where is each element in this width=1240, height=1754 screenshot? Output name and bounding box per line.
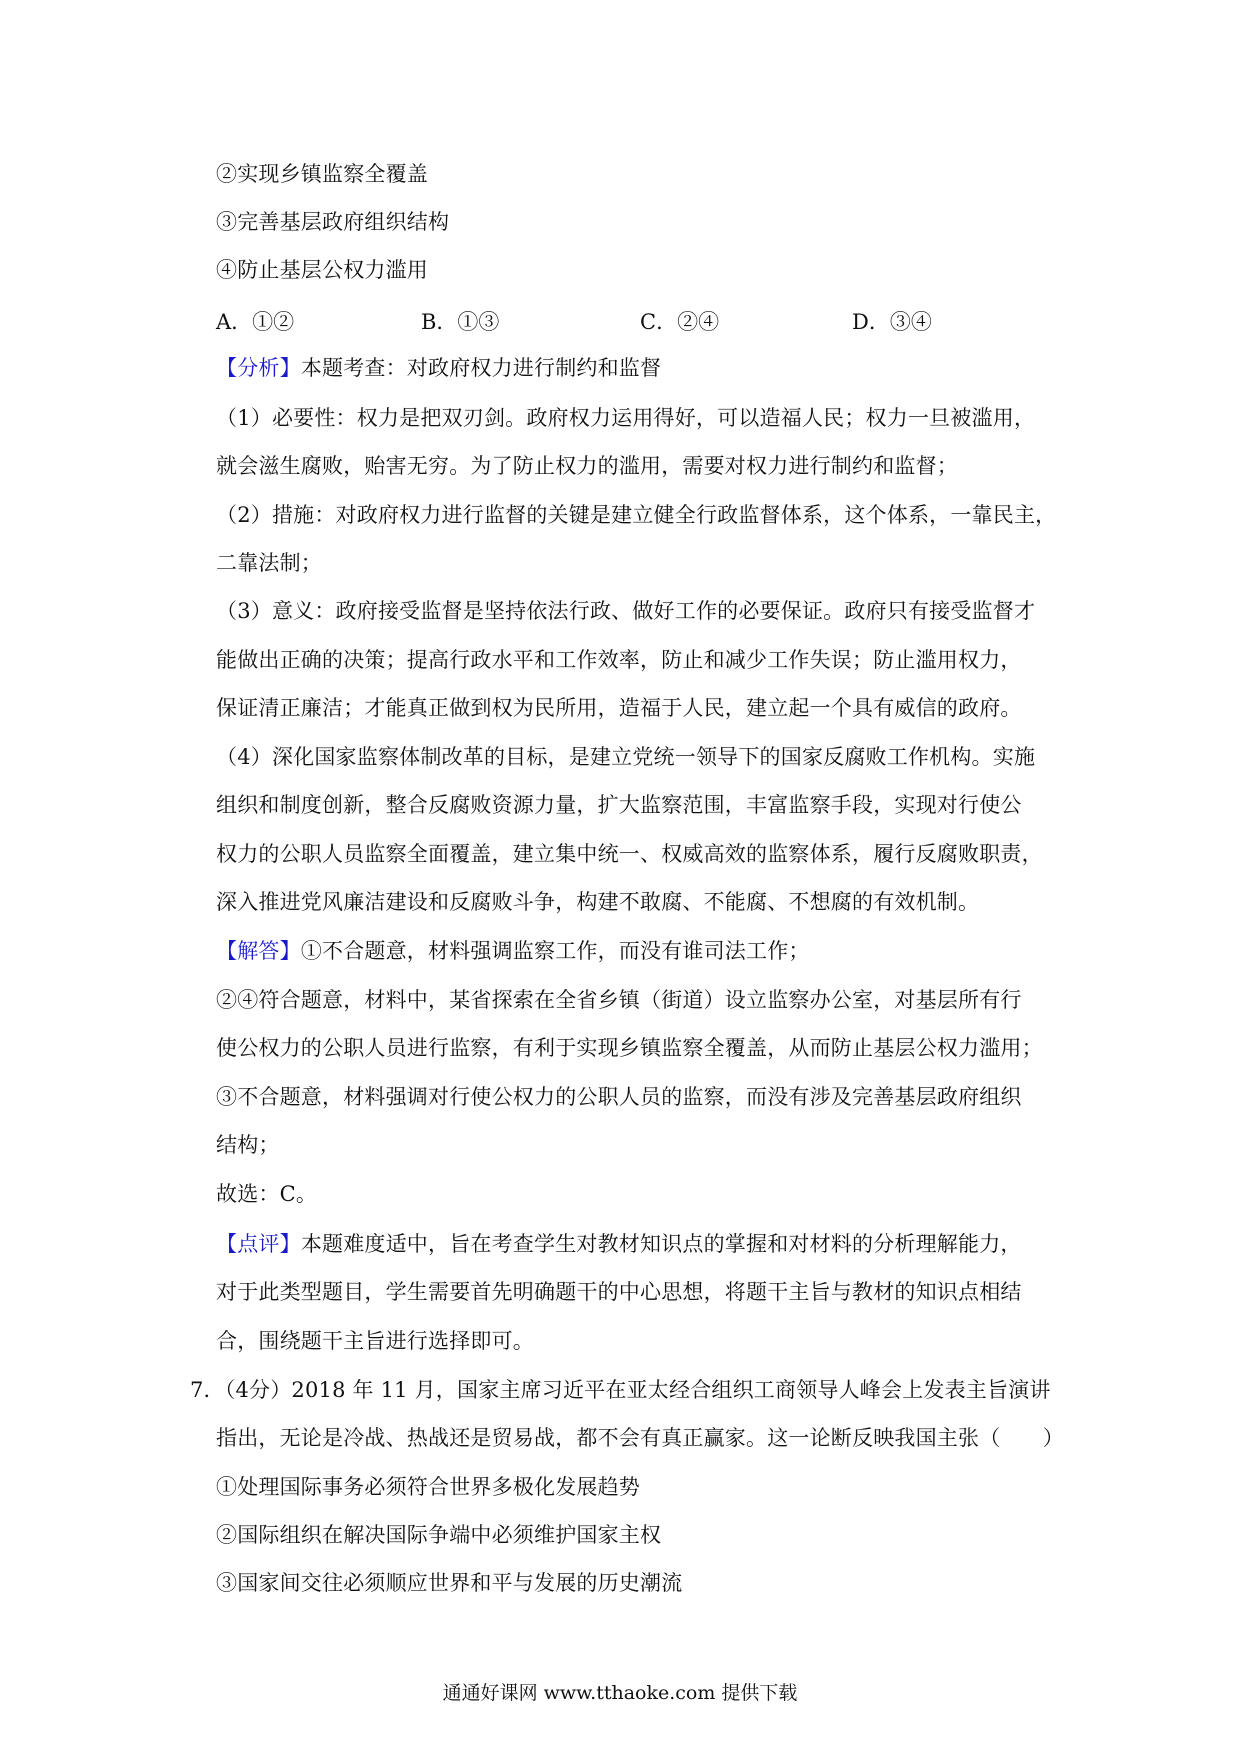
answer-line: 故选：C。 [216, 1180, 1066, 1208]
answer-heading: 【解答】①不合题意，材料强调监察工作，而没有谁司法工作； [216, 937, 1066, 965]
analysis-line: 保证清正廉洁；才能真正做到权为民所用，造福于人民，建立起一个具有威信的政府。 [216, 694, 1066, 722]
option-b: B．①③ [421, 306, 499, 336]
option-d: D．③④ [852, 306, 932, 336]
comment-heading: 【点评】本题难度适中，旨在考查学生对教材知识点的掌握和对材料的分析理解能力， [216, 1230, 1066, 1258]
q7-item-3: ③国家间交往必须顺应世界和平与发展的历史潮流 [216, 1569, 1066, 1597]
analysis-line: （3）意义：政府接受监督是坚持依法行政、做好工作的必要保证。政府只有接受监督才 [216, 597, 1066, 625]
analysis-line: （4）深化国家监察体制改革的目标，是建立党统一领导下的国家反腐败工作机构。实施 [216, 743, 1066, 771]
option-c: C．②④ [640, 306, 719, 336]
answer-first: ①不合题意，材料强调监察工作，而没有谁司法工作； [301, 939, 810, 963]
analysis-line: 深入推进党风廉洁建设和反腐败斗争，构建不敢腐、不能腐、不想腐的有效机制。 [216, 888, 1066, 916]
option-a: A．①② [216, 306, 294, 336]
answer-line: ③不合题意，材料强调对行使公权力的公职人员的监察，而没有涉及完善基层政府组织 [216, 1083, 1066, 1111]
comment-tag: 【点评】 [216, 1232, 301, 1256]
comment-line: 对于此类型题目，学生需要首先明确题干的中心思想，将题干主旨与教材的知识点相结 [216, 1278, 1066, 1306]
analysis-line: （2）措施：对政府权力进行监督的关键是建立健全行政监督体系，这个体系，一靠民主， [216, 501, 1066, 529]
answer-line: 结构； [216, 1131, 1066, 1159]
analysis-line: 就会滋生腐败，贻害无穷。为了防止权力的滥用，需要对权力进行制约和监督； [216, 452, 1066, 480]
answer-line: 使公权力的公职人员进行监察，有利于实现乡镇监察全覆盖，从而防止基层公权力滥用； [216, 1034, 1066, 1062]
page-footer: 通通好课网 www.tthaoke.com 提供下载 [0, 1678, 1240, 1705]
q7-stem-line1: 7．（4分）2018 年 11 月，国家主席习近平在亚太经合组织工商领导人峰会上… [190, 1376, 1040, 1404]
analysis-heading: 【分析】本题考查：对政府权力进行制约和监督 [216, 354, 1066, 382]
q6-options: A．①② B．①③ C．②④ D．③④ [216, 306, 1066, 336]
document-page: ②实现乡镇监察全覆盖 ③完善基层政府组织结构 ④防止基层公权力滥用 A．①② B… [0, 0, 1240, 1754]
analysis-line: 能做出正确的决策；提高行政水平和工作效率，防止和减少工作失误；防止滥用权力， [216, 646, 1066, 674]
analysis-tag: 【分析】 [216, 356, 301, 380]
q7-item-2: ②国际组织在解决国际争端中必须维护国家主权 [216, 1521, 1066, 1549]
q6-item-3: ③完善基层政府组织结构 [216, 208, 1066, 236]
analysis-line: 组织和制度创新，整合反腐败资源力量，扩大监察范围，丰富监察手段，实现对行使公 [216, 791, 1066, 819]
answer-line: ②④符合题意，材料中，某省探索在全省乡镇（街道）设立监察办公室，对基层所有行 [216, 986, 1066, 1014]
q6-item-4: ④防止基层公权力滥用 [216, 256, 1066, 284]
analysis-line: （1）必要性：权力是把双刃剑。政府权力运用得好，可以造福人民；权力一旦被滥用， [216, 404, 1066, 432]
q7-stem-line2: 指出，无论是冷战、热战还是贸易战，都不会有真正赢家。这一论断反映我国主张（ ） [216, 1424, 1066, 1452]
q6-item-2: ②实现乡镇监察全覆盖 [216, 160, 1066, 188]
answer-tag: 【解答】 [216, 939, 301, 963]
analysis-intro: 本题考查：对政府权力进行制约和监督 [301, 356, 661, 380]
q7-item-1: ①处理国际事务必须符合世界多极化发展趋势 [216, 1473, 1066, 1501]
analysis-line: 权力的公职人员监察全面覆盖，建立集中统一、权威高效的监察体系，履行反腐败职责， [216, 840, 1066, 868]
analysis-line: 二靠法制； [216, 549, 1066, 577]
comment-line: 合，围绕题干主旨进行选择即可。 [216, 1327, 1066, 1355]
comment-first: 本题难度适中，旨在考查学生对教材知识点的掌握和对材料的分析理解能力， [301, 1232, 1022, 1256]
